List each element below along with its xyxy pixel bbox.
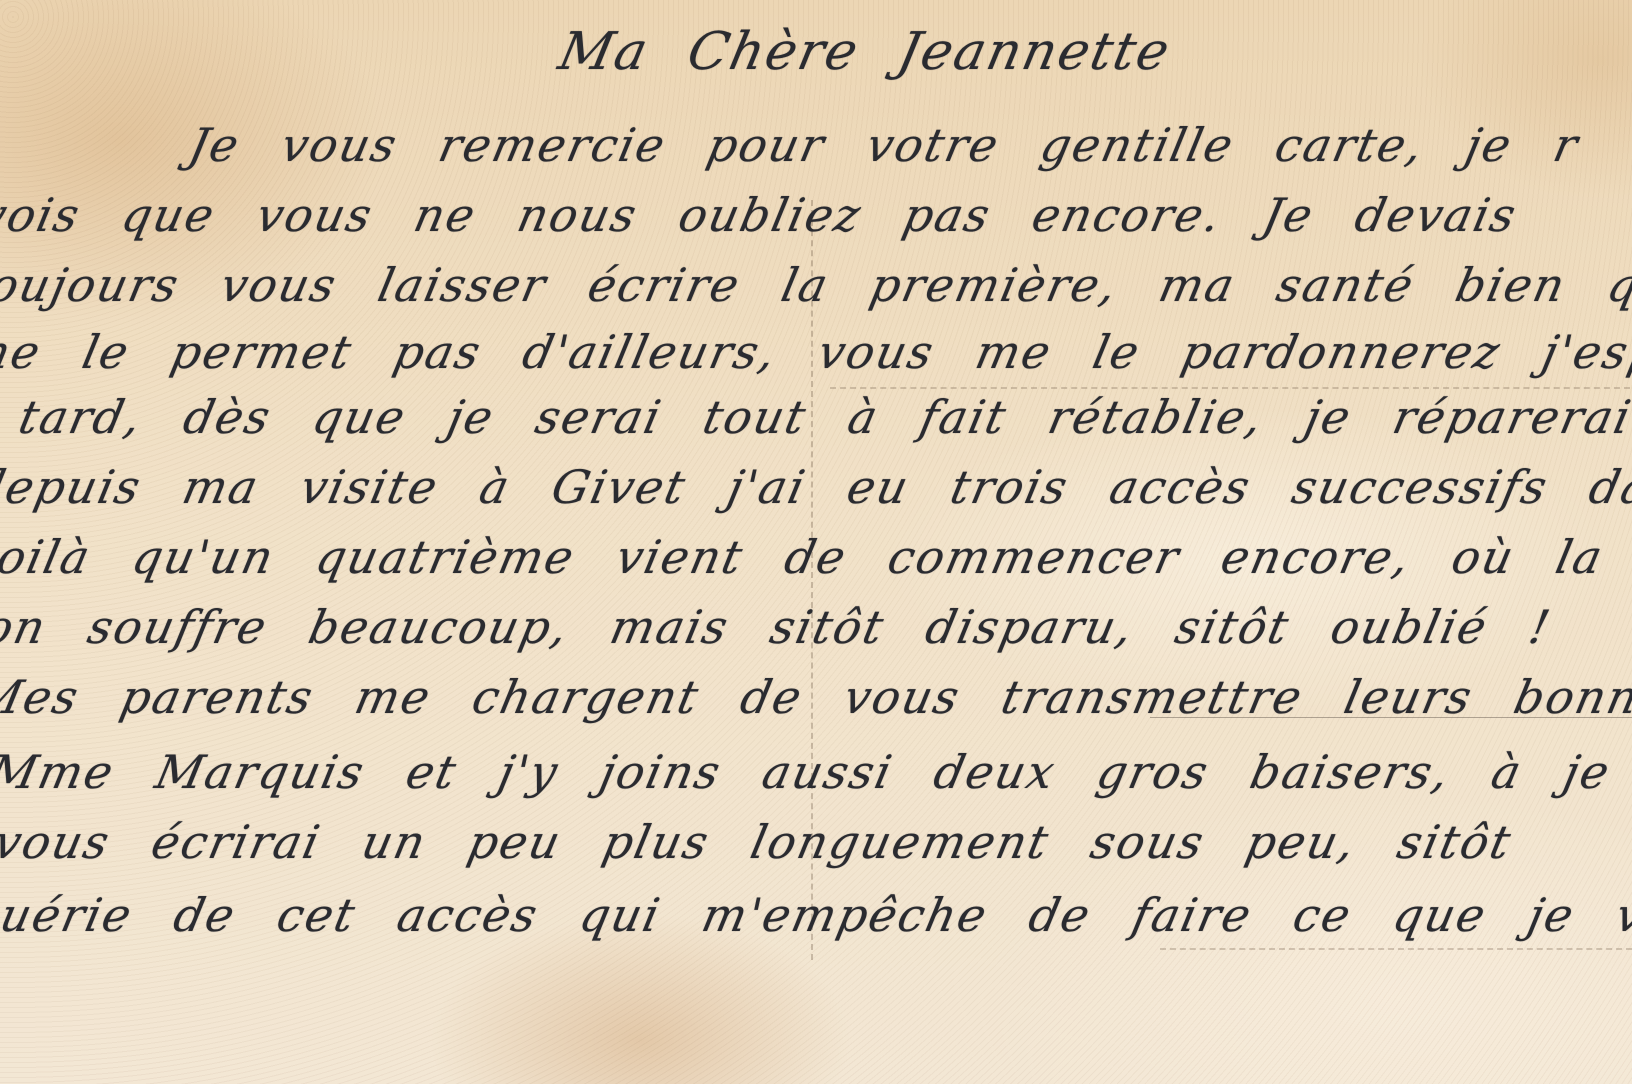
letter-line: voilà qu'un quatrième vient de commencer… bbox=[0, 530, 1632, 584]
aged-letter-paper: Ma Chère Jeannette Je vous remercie pour… bbox=[0, 0, 1632, 1084]
letter-line: Mme Marquis et j'y joins aussi deux gros… bbox=[0, 745, 1616, 799]
letter-line: vous écrirai un peu plus longuement sous… bbox=[0, 815, 1517, 869]
letter-line: depuis ma visite à Givet j'ai eu trois a… bbox=[0, 460, 1632, 514]
letter-line: Mes parents me chargent de vous transmet… bbox=[0, 670, 1632, 724]
letter-line: ne le permet pas d'ailleurs, vous me le … bbox=[0, 325, 1632, 379]
letter-line: guérie de cet accès qui m'empêche de fai… bbox=[0, 888, 1632, 942]
horizontal-fold-line bbox=[830, 387, 1630, 389]
salutation: Ma Chère Jeannette bbox=[554, 22, 1177, 82]
letter-line: toujours vous laisser écrire la première… bbox=[0, 258, 1632, 312]
letter-line: tard, dès que je serai tout à fait rétab… bbox=[14, 390, 1632, 444]
letter-line: Je vous remercie pour votre gentille car… bbox=[184, 118, 1584, 172]
letter-line: on souffre beaucoup, mais sitôt disparu,… bbox=[0, 600, 1556, 654]
letter-line: vois que vous ne nous oubliez pas encore… bbox=[0, 188, 1522, 242]
horizontal-fold-line bbox=[1160, 948, 1632, 950]
